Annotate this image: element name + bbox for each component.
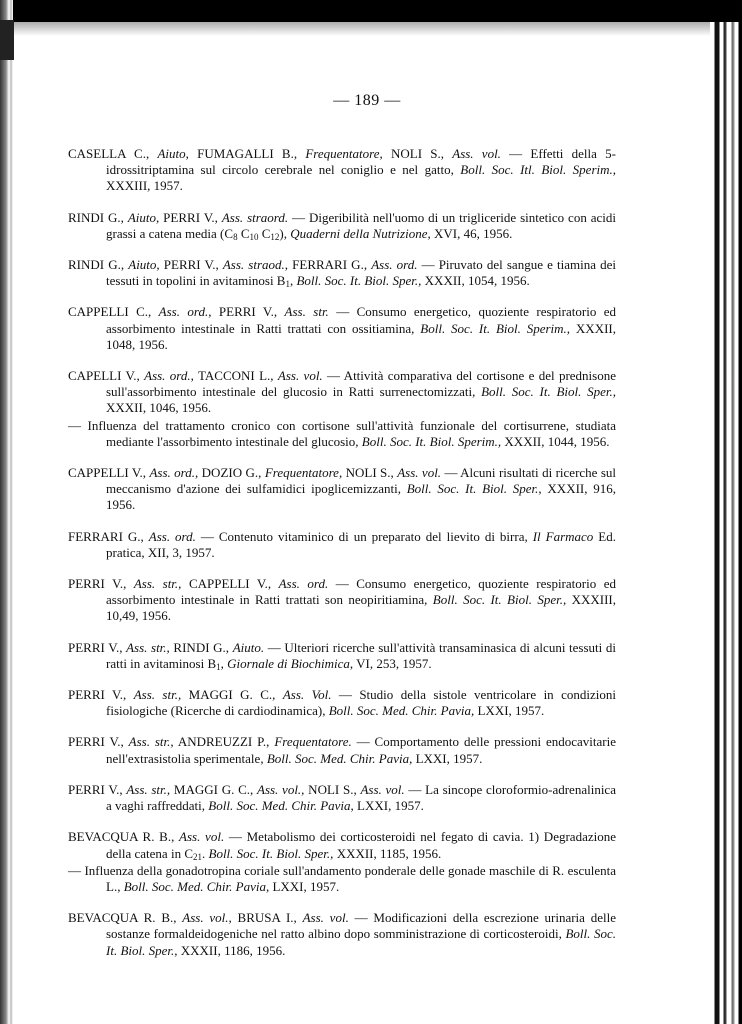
text: PERRI V.,: [68, 640, 126, 655]
italic-text: Ass. ord.,: [159, 304, 212, 319]
text: XXXII, 1185, 1956.: [333, 846, 441, 861]
italic-text: Aiuto,: [157, 146, 188, 161]
scan-border-left: [0, 0, 13, 1024]
subscript: 21: [193, 852, 202, 862]
italic-text: Ass. vol.: [179, 829, 224, 844]
text: LXXI, 1957.: [412, 751, 482, 766]
text: ANDREUZZI P.,: [174, 734, 275, 749]
italic-text: Ass. str.,: [126, 640, 170, 655]
bibliography-entry-continuation: — Influenza della gonadotropina coriale …: [68, 863, 616, 895]
italic-text: Ass. vol.,: [257, 782, 304, 797]
italic-text: Aiuto.: [233, 640, 264, 655]
italic-text: Ass. vol.: [452, 146, 501, 161]
bibliography-entry: PERRI V., Ass. str., CAPPELLI V., Ass. o…: [68, 576, 616, 625]
scan-border-top: [0, 0, 742, 22]
italic-text: Boll. Soc. Med. Chir. Pavia,: [267, 751, 413, 766]
text: FERRARI G.,: [68, 529, 149, 544]
page-number: — 189 —: [68, 92, 616, 110]
bibliography-entry: CAPELLI V., Ass. ord., TACCONI L., Ass. …: [68, 368, 616, 417]
italic-text: Ass. straod.,: [223, 257, 288, 272]
text: PERRI V.,: [68, 734, 129, 749]
text: PERRI V.,: [159, 210, 222, 225]
bibliography-entry: RINDI G., Aiuto, PERRI V., Ass. straord.…: [68, 210, 616, 242]
bibliography-list: CASELLA C., Aiuto, FUMAGALLI B., Frequen…: [68, 146, 616, 959]
text: PERRI V.,: [68, 687, 134, 702]
bibliography-entry: PERRI V., Ass. str., RINDI G., Aiuto. — …: [68, 640, 616, 672]
text: CASELLA C.,: [68, 146, 157, 161]
italic-text: Ass. ord.: [371, 257, 417, 272]
text: LXXI, 1957.: [354, 798, 424, 813]
bibliography-entry: PERRI V., Ass. str., MAGGI G. C., Ass. V…: [68, 687, 616, 719]
italic-text: Aiuto,: [128, 257, 159, 272]
text: FUMAGALLI B.,: [189, 146, 305, 161]
text: VI, 253, 1957.: [353, 656, 431, 671]
italic-text: Ass. vol.: [278, 368, 323, 383]
text: XXXIII, 1957.: [106, 178, 183, 193]
text: CAPELLI V.,: [68, 368, 144, 383]
italic-text: Quaderni della Nutrizione,: [290, 226, 430, 241]
italic-text: Boll. Soc. It. Biol. Sper.,: [481, 384, 616, 399]
italic-text: Ass. str.,: [134, 687, 182, 702]
bibliography-entry: CAPPELLI C., Ass. ord., PERRI V., Ass. s…: [68, 304, 616, 353]
bibliography-entry: PERRI V., Ass. str., MAGGI G. C., Ass. v…: [68, 782, 616, 814]
text: ),: [279, 226, 290, 241]
text: C: [238, 226, 250, 241]
italic-text: Ass. vol.: [360, 782, 404, 797]
text: NOLI S.,: [383, 146, 453, 161]
text: — Contenuto vitaminico di un preparato d…: [196, 529, 533, 544]
italic-text: Boll. Soc. It. Biol. Sper.,: [407, 481, 542, 496]
document-page: — 189 — CASELLA C., Aiuto, FUMAGALLI B.,…: [68, 92, 616, 959]
text: XXXII, 1046, 1956.: [106, 400, 211, 415]
text: BEVACQUA R. B.,: [68, 910, 182, 925]
italic-text: Ass. ord.,: [149, 465, 198, 480]
italic-text: Boll. Soc. Med. Chir. Pavia,: [124, 879, 270, 894]
text: NOLI S.,: [342, 465, 397, 480]
italic-text: Boll. Soc. It. Biol. Sperim.,: [420, 321, 570, 336]
text: FERRARI G.,: [288, 257, 371, 272]
italic-text: Boll. Soc. Med. Chir. Pavia,: [329, 703, 475, 718]
italic-text: Ass. ord.: [279, 576, 329, 591]
text: MAGGI G. C.,: [170, 782, 257, 797]
text: LXXI, 1957.: [269, 879, 339, 894]
scan-noise-top: [10, 22, 710, 36]
italic-text: Ass. ord.: [149, 529, 196, 544]
text: XXXII, 1186, 1956.: [178, 943, 286, 958]
text: BEVACQUA R. B.,: [68, 829, 179, 844]
italic-text: Frequentatore.: [274, 734, 351, 749]
italic-text: Ass. str.,: [129, 734, 174, 749]
italic-text: Ass. ord.,: [144, 368, 194, 383]
italic-text: Frequentatore,: [305, 146, 382, 161]
bibliography-entry: RINDI G., Aiuto, PERRI V., Ass. straod.,…: [68, 257, 616, 289]
text: CAPPELLI V.,: [68, 465, 149, 480]
italic-text: Ass. vol.,: [182, 910, 231, 925]
bibliography-entry: BEVACQUA R. B., Ass. vol., BRUSA I., Ass…: [68, 910, 616, 959]
italic-text: Aiuto,: [128, 210, 159, 225]
bibliography-entry: PERRI V., Ass. str., ANDREUZZI P., Frequ…: [68, 734, 616, 766]
bibliography-entry: CAPPELLI V., Ass. ord., DOZIO G., Freque…: [68, 465, 616, 514]
text: PERRI V.,: [211, 304, 284, 319]
italic-text: Boll. Soc. It. Biol. Sper.,: [296, 273, 421, 288]
text: BRUSA I.,: [232, 910, 303, 925]
text: RINDI G.,: [170, 640, 233, 655]
scan-binding-edge-right: [714, 22, 742, 1024]
italic-text: Giornale di Biochimica,: [227, 656, 353, 671]
italic-text: Ass. str.,: [134, 576, 182, 591]
text: LXXI, 1957.: [474, 703, 544, 718]
italic-text: Ass. straord.: [222, 210, 288, 225]
bibliography-entry: CASELLA C., Aiuto, FUMAGALLI B., Frequen…: [68, 146, 616, 195]
italic-text: Ass. Vol.: [283, 687, 332, 702]
bibliography-entry: BEVACQUA R. B., Ass. vol. — Metabolismo …: [68, 829, 616, 861]
text: PERRI V.,: [68, 576, 134, 591]
bibliography-entry: FERRARI G., Ass. ord. — Contenuto vitami…: [68, 529, 616, 561]
text: XVI, 46, 1956.: [431, 226, 513, 241]
text: XXXII, 1044, 1956.: [501, 434, 609, 449]
text: CAPPELLI C.,: [68, 304, 159, 319]
italic-text: Frequentatore,: [265, 465, 342, 480]
italic-text: Ass. vol.: [303, 910, 349, 925]
italic-text: Boll. Soc. Itl. Biol. Sperim.,: [460, 162, 616, 177]
text: PERRI V.,: [68, 782, 126, 797]
text: CAPPELLI V.,: [181, 576, 278, 591]
text: C: [258, 226, 270, 241]
text: DOZIO G.,: [198, 465, 265, 480]
text: PERRI V.,: [160, 257, 223, 272]
italic-text: Ass. vol.: [397, 465, 441, 480]
text: NOLI S.,: [304, 782, 360, 797]
text: RINDI G.,: [68, 257, 128, 272]
italic-text: Boll. Soc. Med. Chir. Pavia,: [208, 798, 354, 813]
text: RINDI G.,: [68, 210, 128, 225]
italic-text: Il Farmaco: [533, 529, 594, 544]
scan-corner-left: [0, 20, 14, 60]
bibliography-entry-continuation: — Influenza del trattamento cronico con …: [68, 418, 616, 450]
italic-text: Boll. Soc. It. Biol. Sper.,: [433, 592, 566, 607]
text: MAGGI G. C.,: [181, 687, 283, 702]
italic-text: Ass. str.,: [126, 782, 170, 797]
italic-text: Ass. str.: [285, 304, 329, 319]
text: XXXII, 1054, 1956.: [421, 273, 529, 288]
italic-text: Boll. Soc. It. Biol. Sperim.,: [362, 434, 501, 449]
italic-text: Boll. Soc. It. Biol. Sper.,: [209, 846, 334, 861]
text: TACCONI L.,: [194, 368, 278, 383]
